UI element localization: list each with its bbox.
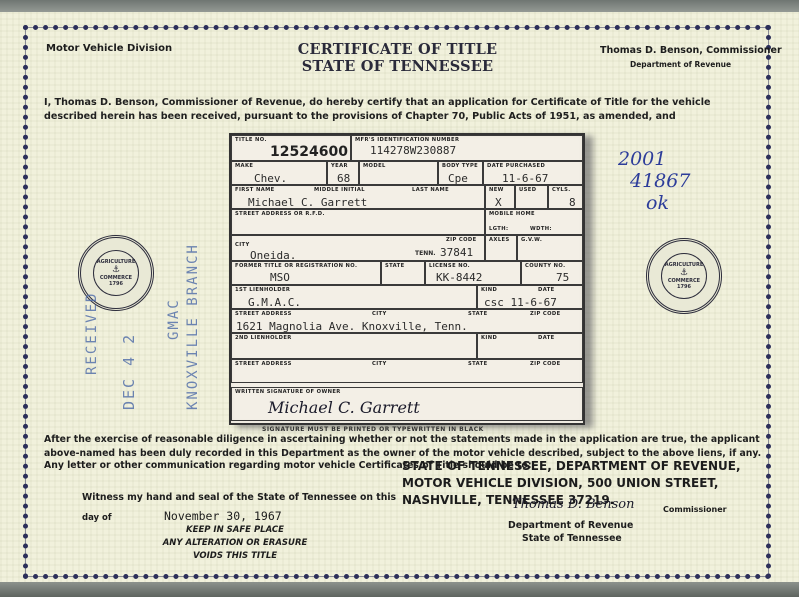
issue-date: November 30, 1967 xyxy=(164,509,282,523)
lienholder1-label: 1ST LIENHOLDER xyxy=(235,287,290,293)
gvw-cell: G.V.W. xyxy=(517,235,583,261)
former-title-label: FORMER TITLE OR REGISTRATION NO. xyxy=(235,263,357,269)
seal-center: AGRICULTURE ⚓ COMMERCE 1796 xyxy=(663,255,705,297)
stamp-received: RECEIVED xyxy=(84,292,100,375)
former-title-cell: FORMER TITLE OR REGISTRATION NO. MSO xyxy=(231,261,381,285)
lien1-state-label: STATE xyxy=(468,311,488,317)
title-line-2: STATE OF TENNESSEE xyxy=(290,58,505,75)
stamp-date: DEC 4 2 xyxy=(120,333,138,410)
mobile-home-cell: MOBILE HOME LGTH: WDTH: xyxy=(485,209,583,235)
signature-label: WRITTEN SIGNATURE OF OWNER xyxy=(235,389,341,395)
seal-year: 1796 xyxy=(109,281,123,287)
new-value: X xyxy=(495,196,502,209)
day-of-label: day of xyxy=(82,513,112,523)
warning-block: KEEP IN SAFE PLACE ANY ALTERATION OR ERA… xyxy=(150,524,320,563)
model-label: MODEL xyxy=(363,163,386,169)
commissioner-name: Thomas D. Benson, Commissioner xyxy=(600,45,782,56)
date-purchased-label: DATE PURCHASED xyxy=(487,163,545,169)
owner-signature: Michael C. Garrett xyxy=(268,398,420,417)
street-label: STREET ADDRESS OR R.F.D. xyxy=(235,211,325,217)
lienholder1-cell: 1ST LIENHOLDER G.M.A.C. xyxy=(231,285,477,309)
handwritten-line-2: 41867 xyxy=(618,170,690,192)
county-label: COUNTY NO. xyxy=(525,263,565,269)
seal-center: AGRICULTURE ⚓ COMMERCE 1796 xyxy=(95,252,137,294)
commissioner-signature: Thomas D. Benson xyxy=(512,497,634,512)
county-cell: COUNTY NO. 75 xyxy=(521,261,583,285)
mfr-id-value: 114278W230887 xyxy=(370,144,456,157)
title-no-label: TITLE NO. xyxy=(235,137,267,143)
stamp-branch: KNOXVILLE BRANCH xyxy=(185,243,201,410)
owner-signature-cell: WRITTEN SIGNATURE OF OWNER Michael C. Ga… xyxy=(231,387,583,421)
axles-label: AXLES xyxy=(489,237,510,243)
warning-line-1: KEEP IN SAFE PLACE xyxy=(150,524,320,537)
county-value: 75 xyxy=(556,271,569,284)
lien2-zip-label: ZIP CODE xyxy=(530,361,561,367)
make-cell: MAKE Chev. xyxy=(231,161,327,185)
seal-year: 1796 xyxy=(677,284,691,290)
state-seal-right: AGRICULTURE ⚓ COMMERCE 1796 xyxy=(646,238,722,314)
year-cell: YEAR 68 xyxy=(327,161,359,185)
footer-paragraph: After the exercise of reasonable diligen… xyxy=(44,433,764,460)
body-type-label: BODY TYPE xyxy=(442,163,478,169)
year-value: 68 xyxy=(337,172,350,185)
lien1-date-label: DATE xyxy=(538,287,555,293)
lienholder1-value: G.M.A.C. xyxy=(248,296,301,309)
intro-paragraph: I, Thomas D. Benson, Commissioner of Rev… xyxy=(44,96,754,124)
lien1-kind-label: KIND xyxy=(481,287,497,293)
title-no-value: 12524600 xyxy=(270,144,348,160)
handwritten-note: 2001 41867 ok xyxy=(618,148,690,214)
new-label: NEW xyxy=(489,187,504,193)
former-title-value: MSO xyxy=(270,271,290,284)
body-type-cell: BODY TYPE Cpe xyxy=(438,161,483,185)
license-value: KK-8442 xyxy=(436,271,482,284)
title-form: TITLE NO. 12524600 MFR'S IDENTIFICATION … xyxy=(229,133,585,425)
background-bottom xyxy=(0,582,799,597)
lien2-kind-date-cell: KIND DATE xyxy=(477,333,583,359)
street-cell: STREET ADDRESS OR R.F.D. xyxy=(231,209,485,235)
year-label: YEAR xyxy=(331,163,348,169)
lien1-street-label: STREET ADDRESS xyxy=(235,311,292,317)
mobile-home-label: MOBILE HOME xyxy=(489,211,535,217)
zip-label: ZIP CODE xyxy=(446,237,477,243)
commissioner-state: State of Tennessee xyxy=(522,533,622,544)
lien1-city-label: CITY xyxy=(372,311,387,317)
city-cell: CITY ZIP CODE Oneida. TENN. 37841 xyxy=(231,235,485,261)
division-label: Motor Vehicle Division xyxy=(46,43,172,54)
lien2-city-label: CITY xyxy=(372,361,387,367)
middle-initial-label: MIDDLE INITIAL xyxy=(314,187,365,193)
lien1-address-cell: STREET ADDRESS CITY STATE ZIP CODE 1621 … xyxy=(231,309,583,333)
witness-line: Witness my hand and seal of the State of… xyxy=(82,492,396,503)
license-cell: LICENSE NO. KK-8442 xyxy=(425,261,521,285)
title-line-1: CERTIFICATE OF TITLE xyxy=(290,41,505,58)
commissioner-department: Department of Revenue xyxy=(508,519,633,533)
stamp-gmac: GMAC xyxy=(166,298,182,340)
seal-plow-icon: ⚓ xyxy=(112,265,120,275)
gvw-label: G.V.W. xyxy=(521,237,542,243)
axles-cell: AXLES xyxy=(485,235,517,261)
commissioner-title: Commissioner xyxy=(663,505,727,514)
department-name: Department of Revenue xyxy=(630,60,731,69)
certificate-title: CERTIFICATE OF TITLE STATE OF TENNESSEE xyxy=(290,41,505,75)
cyls-cell: CYLS. 8 xyxy=(548,185,583,209)
zip-value: 37841 xyxy=(440,246,473,259)
make-label: MAKE xyxy=(235,163,253,169)
first-name-label: FIRST NAME xyxy=(235,187,275,193)
lien1-kind-date-cell: KIND DATE csc 11-6-67 xyxy=(477,285,583,309)
mfr-id-cell: MFR'S IDENTIFICATION NUMBER 114278W23088… xyxy=(351,135,583,161)
former-state-label: STATE xyxy=(385,263,405,269)
lien1-kind-date-value: csc 11-6-67 xyxy=(484,296,557,309)
owner-name-cell: FIRST NAME MIDDLE INITIAL LAST NAME Mich… xyxy=(231,185,485,209)
lien2-address-cell: STREET ADDRESS CITY STATE ZIP CODE xyxy=(231,359,583,383)
lien2-date-label: DATE xyxy=(538,335,555,341)
warning-line-3: VOIDS THIS TITLE xyxy=(150,550,320,563)
lien1-address-value: 1621 Magnolia Ave. Knoxville, Tenn. xyxy=(236,320,468,333)
warning-line-2: ANY ALTERATION OR ERASURE xyxy=(150,537,320,550)
diligence-statement: After the exercise of reasonable diligen… xyxy=(44,434,761,459)
handwritten-line-1: 2001 xyxy=(618,148,690,170)
date-purchased-value: 11-6-67 xyxy=(502,172,548,185)
lienholder2-label: 2ND LIENHOLDER xyxy=(235,335,292,341)
width-label: WDTH: xyxy=(530,226,552,232)
state-abbr: TENN. xyxy=(415,250,436,257)
cyls-label: CYLS. xyxy=(552,187,571,193)
used-cell: USED xyxy=(515,185,548,209)
body-type-value: Cpe xyxy=(448,172,468,185)
lien2-kind-label: KIND xyxy=(481,335,497,341)
new-cell: NEW X xyxy=(485,185,515,209)
make-value: Chev. xyxy=(254,172,287,185)
length-label: LGTH: xyxy=(489,226,508,232)
handwritten-line-3: ok xyxy=(618,192,690,214)
cyls-value: 8 xyxy=(569,196,576,209)
lienholder2-cell: 2ND LIENHOLDER xyxy=(231,333,477,359)
city-label: CITY xyxy=(235,242,250,248)
title-no-cell: TITLE NO. 12524600 xyxy=(231,135,351,161)
lien2-street-label: STREET ADDRESS xyxy=(235,361,292,367)
used-label: USED xyxy=(519,187,536,193)
model-cell: MODEL xyxy=(359,161,438,185)
former-state-cell: STATE xyxy=(381,261,425,285)
lien1-zip-label: ZIP CODE xyxy=(530,311,561,317)
mfr-id-label: MFR'S IDENTIFICATION NUMBER xyxy=(355,137,459,143)
lien2-state-label: STATE xyxy=(468,361,488,367)
license-label: LICENSE NO. xyxy=(429,263,470,269)
owner-name-value: Michael C. Garrett xyxy=(248,196,367,209)
signature-note: SIGNATURE MUST BE PRINTED OR TYPEWRITTEN… xyxy=(262,426,484,433)
last-name-label: LAST NAME xyxy=(412,187,449,193)
date-purchased-cell: DATE PURCHASED 11-6-67 xyxy=(483,161,583,185)
seal-plow-icon: ⚓ xyxy=(680,268,688,278)
